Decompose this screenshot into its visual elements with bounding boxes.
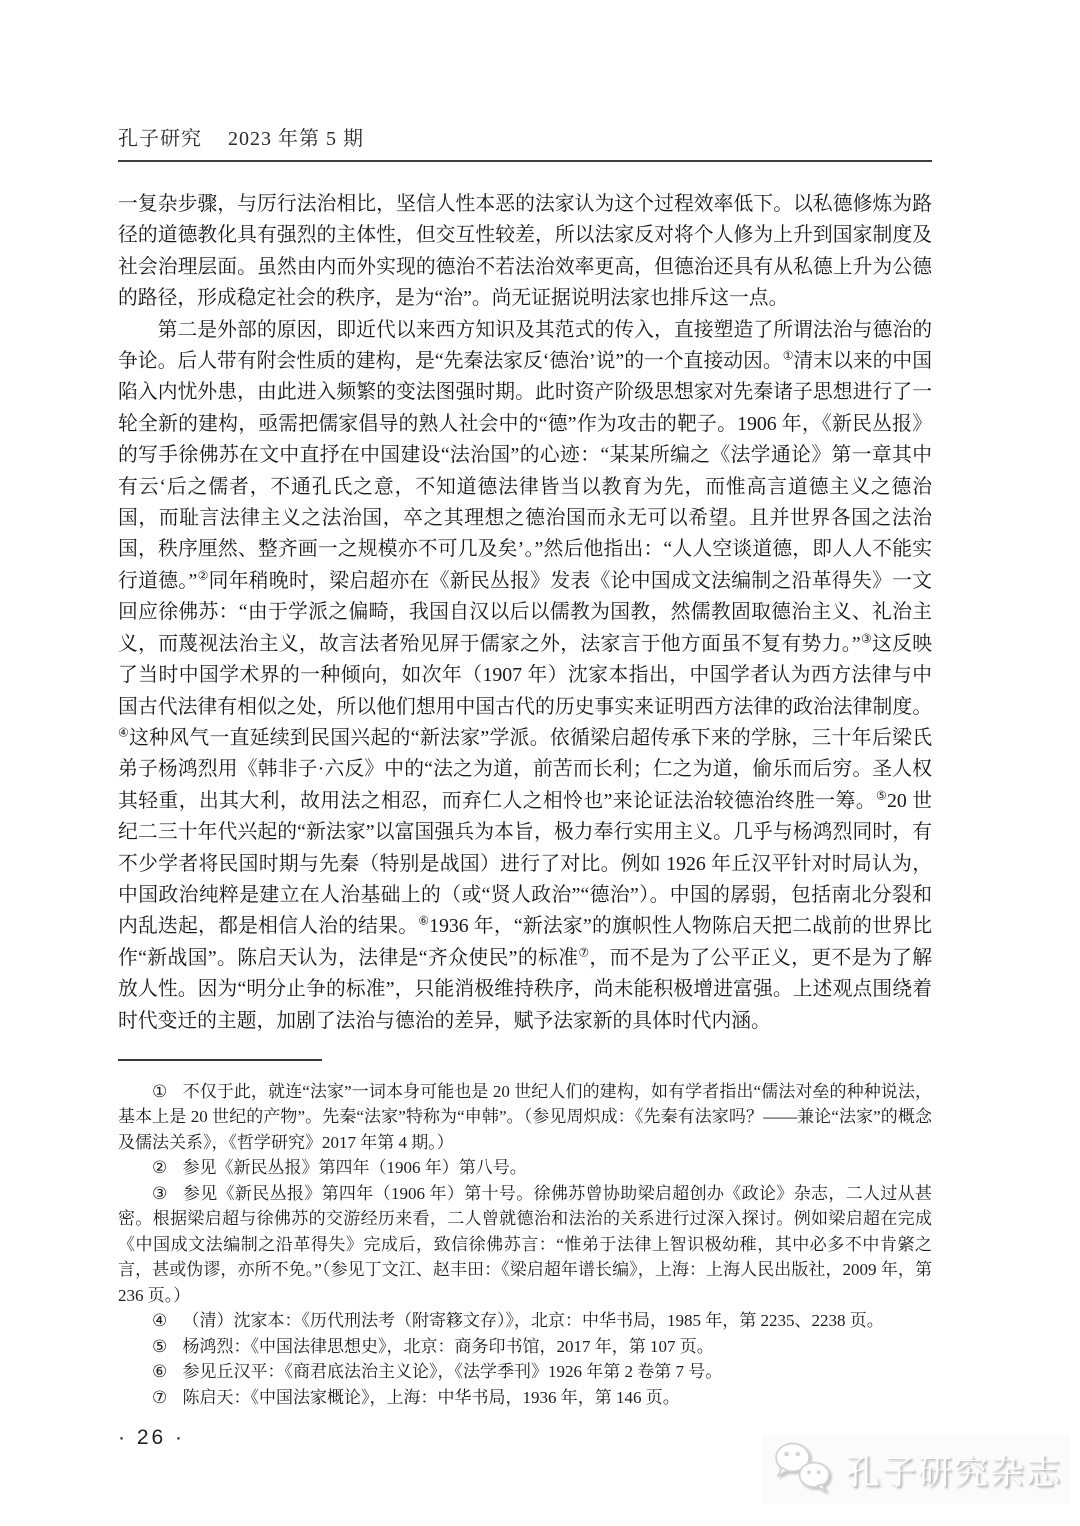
running-head: 孔子研究 2023 年第 5 期 bbox=[118, 122, 932, 151]
page-content: 孔子研究 2023 年第 5 期 一复杂步骤，与厉行法治相比，坚信人性本恶的法家… bbox=[118, 122, 932, 1450]
footnote: ③参见《新民丛报》第四年（1906 年）第十号。徐佛苏曾协助梁启超创办《政论》杂… bbox=[118, 1181, 932, 1309]
footnote-text: 参见《新民丛报》第四年（1906 年）第十号。徐佛苏曾协助梁启超创办《政论》杂志… bbox=[118, 1184, 932, 1305]
footnote: ⑤杨鸿烈：《中国法律思想史》，北京：商务印书馆，2017 年，第 107 页。 bbox=[118, 1334, 932, 1360]
footnote: ②参见《新民丛报》第四年（1906 年）第八号。 bbox=[118, 1155, 932, 1181]
watermark: 孔子研究杂志 bbox=[762, 1435, 1070, 1504]
header-rule bbox=[118, 160, 932, 162]
footnotes: ①不仅于此，就连“法家”一词本身可能也是 20 世纪人们的建构，如有学者指出“儒… bbox=[118, 1079, 932, 1411]
footnote: ⑥参见丘汉平：《商君底法治主义论》，《法学季刊》1926 年第 2 卷第 7 号… bbox=[118, 1359, 932, 1385]
footnote: ①不仅于此，就连“法家”一词本身可能也是 20 世纪人们的建构，如有学者指出“儒… bbox=[118, 1079, 932, 1156]
footnote-marker: ① bbox=[152, 1082, 167, 1101]
footnote-marker: ② bbox=[152, 1158, 167, 1177]
footnote-text: 不仅于此，就连“法家”一词本身可能也是 20 世纪人们的建构，如有学者指出“儒法… bbox=[118, 1082, 932, 1152]
issue-label: 2023 年第 5 期 bbox=[228, 122, 364, 151]
watermark-text: 孔子研究杂志 bbox=[846, 1445, 1062, 1494]
wechat-icon bbox=[770, 1439, 836, 1500]
footnote: ④（清）沈家本：《历代刑法考（附寄簃文存）》，北京：中华书局，1985 年，第 … bbox=[118, 1308, 932, 1334]
footnote-text: 参见《新民丛报》第四年（1906 年）第八号。 bbox=[183, 1158, 527, 1177]
footnote-marker: ⑦ bbox=[152, 1388, 167, 1407]
article-body: 一复杂步骤，与厉行法治相比，坚信人性本恶的法家认为这个过程效率低下。以私德修炼为… bbox=[118, 189, 932, 1037]
body-paragraph: 一复杂步骤，与厉行法治相比，坚信人性本恶的法家认为这个过程效率低下。以私德修炼为… bbox=[118, 189, 932, 315]
footnote-text: （清）沈家本：《历代刑法考（附寄簃文存）》，北京：中华书局，1985 年，第 2… bbox=[183, 1311, 884, 1330]
footnote: ⑦陈启天：《中国法家概论》，上海：中华书局，1936 年，第 146 页。 bbox=[118, 1385, 932, 1411]
footnote-text: 陈启天：《中国法家概论》，上海：中华书局，1936 年，第 146 页。 bbox=[183, 1388, 680, 1407]
footnote-marker: ⑥ bbox=[152, 1362, 167, 1381]
footnote-marker: ⑤ bbox=[152, 1337, 167, 1356]
footnote-text: 杨鸿烈：《中国法律思想史》，北京：商务印书馆，2017 年，第 107 页。 bbox=[183, 1337, 714, 1356]
footnote-separator bbox=[118, 1059, 322, 1061]
footnote-text: 参见丘汉平：《商君底法治主义论》，《法学季刊》1926 年第 2 卷第 7 号。 bbox=[183, 1362, 723, 1381]
footnote-marker: ③ bbox=[152, 1184, 168, 1203]
journal-page: 孔子研究 2023 年第 5 期 一复杂步骤，与厉行法治相比，坚信人性本恶的法家… bbox=[0, 0, 1080, 1526]
footnote-marker: ④ bbox=[152, 1311, 167, 1330]
journal-title: 孔子研究 bbox=[118, 122, 202, 151]
body-paragraph: 第二是外部的原因，即近代以来西方知识及其范式的传入，直接塑造了所谓法治与德治的争… bbox=[118, 315, 932, 1037]
